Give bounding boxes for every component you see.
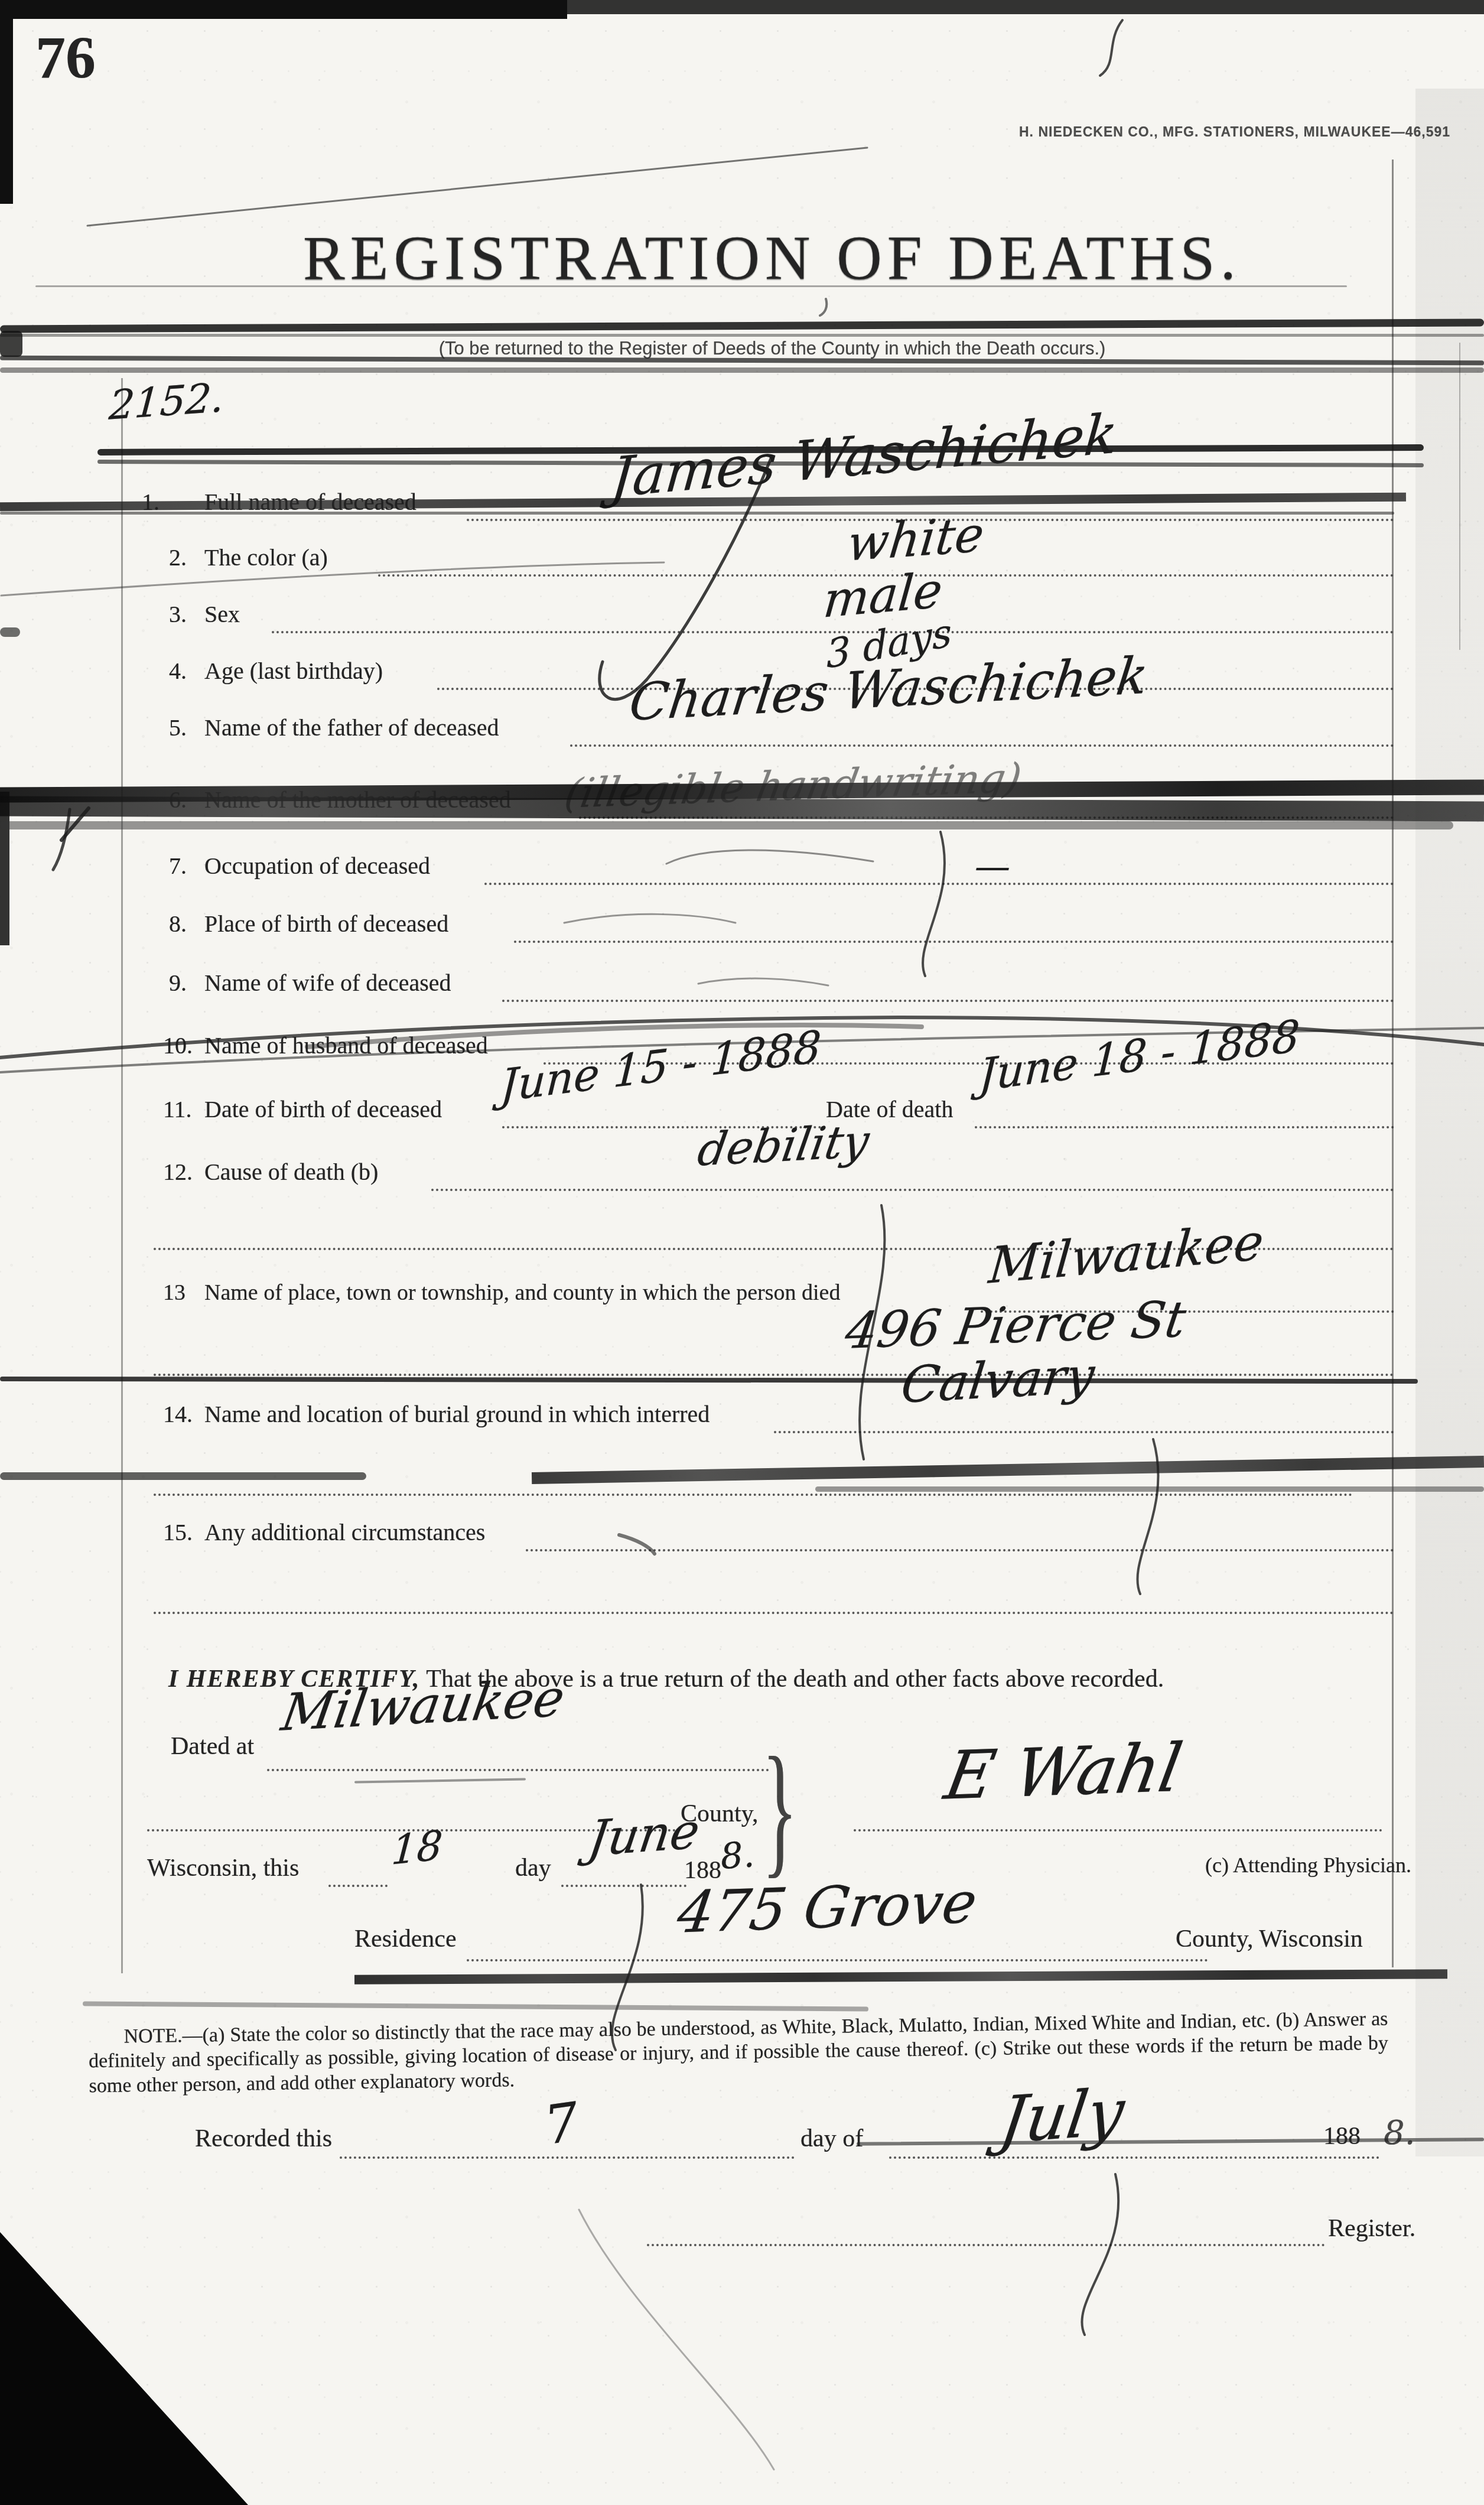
leader-line [561, 1885, 686, 1887]
scan-streak-13 [0, 1377, 1418, 1384]
field-label: Age (last birthday) [204, 657, 383, 685]
field-number: 14. [163, 1400, 193, 1428]
field-label: Occupation of deceased [204, 852, 430, 880]
recorded-middle: day of [800, 2125, 863, 2153]
leader-line [514, 941, 1394, 943]
leader-line [340, 2156, 795, 2159]
field-number: 12. [163, 1158, 193, 1186]
field-number: 9. [169, 969, 187, 997]
physician-signature: E Wahl [939, 1729, 1187, 1815]
attending-physician-label: (c) Attending Physician. [1205, 1853, 1411, 1878]
day-value: 18 [390, 1822, 444, 1875]
leader-line [774, 1431, 1394, 1433]
residence-suffix: County, Wisconsin [1176, 1925, 1363, 1953]
heavy-rule-2b [0, 367, 1484, 373]
field-number: 8. [169, 910, 187, 938]
field-number: 7. [169, 852, 187, 880]
field-label: Date of birth of deceased [204, 1095, 442, 1123]
register-label: Register. [1328, 2214, 1415, 2243]
field-number: 3. [169, 600, 187, 628]
scan-streak-row1b [0, 512, 1394, 515]
field-value: Milwaukee [987, 1212, 1266, 1295]
field-number: 5. [169, 714, 187, 741]
recorded-prefix: Recorded this [195, 2125, 332, 2153]
heavy-rule-1b [0, 334, 1484, 337]
margin-rule-left [121, 378, 123, 1973]
field-number: 4. [169, 657, 187, 685]
leader-line [328, 1885, 388, 1887]
field-number: 13 [163, 1280, 185, 1306]
scan-streak-residence [354, 1969, 1447, 1985]
field-number: 2. [169, 544, 187, 571]
dated-at-label: Dated at [171, 1732, 254, 1761]
recorded-month: July [995, 2075, 1129, 2158]
leader-line [889, 2156, 1379, 2159]
page-number: 76 [35, 24, 96, 93]
residence-label: Residence [354, 1925, 457, 1953]
recorded-year-written: 8. [1384, 2114, 1415, 2152]
record-number: 2152. [108, 375, 226, 430]
field-label: Any additional circumstances [204, 1518, 485, 1546]
leader-line [267, 1769, 769, 1771]
field-value: debility [694, 1114, 873, 1176]
scan-streak-14c [815, 1486, 1484, 1492]
field-value: James Waschichek [608, 402, 1120, 510]
scan-top-bar-left [0, 0, 567, 19]
leader-line [154, 1374, 1394, 1376]
scan-streak-14a [532, 1456, 1484, 1484]
death-registration-form: 76 H. NIEDECKEN CO., MFG. STATIONERS, MI… [0, 0, 1484, 2505]
year-written: 8. [719, 1834, 756, 1878]
field-label: Name of husband of deceased [204, 1032, 488, 1059]
field-label: Name of wife of deceased [204, 969, 451, 997]
leader-line [570, 744, 1394, 747]
scan-streak-row6c [0, 821, 1453, 829]
field-number: 10. [163, 1032, 193, 1059]
footnote: NOTE.—(a) State the color so distinctly … [88, 2007, 1389, 2099]
scan-streak-row6b [0, 796, 1484, 822]
field-label: Place of birth of deceased [204, 910, 448, 938]
form-title: REGISTRATION OF DEATHS. [177, 222, 1367, 294]
state-prefix: Wisconsin, this [147, 1854, 299, 1882]
leader-line [431, 1189, 1394, 1191]
right-edge-smudge [1415, 89, 1484, 2156]
scan-streak-note-top [83, 2001, 868, 2011]
field-label: The color (a) [204, 544, 328, 571]
day-label: day [515, 1854, 551, 1882]
stationer-imprint: H. NIEDECKEN CO., MFG. STATIONERS, MILWA… [1019, 124, 1450, 140]
heavy-rule-1 [0, 319, 1484, 333]
field-label: Name of place, town or township, and cou… [204, 1280, 840, 1306]
county-brace: } [762, 1736, 798, 1883]
field-value: June 15 - 1888 [499, 1021, 822, 1112]
corner-fold [0, 2232, 248, 2505]
field-label: Cause of death (b) [204, 1158, 378, 1186]
field-label: Name of the father of deceased [204, 714, 499, 741]
leader-line [647, 2244, 1325, 2246]
leader-line [154, 1494, 1353, 1496]
leader-line [502, 1000, 1394, 1002]
leader-line [854, 1829, 1382, 1831]
field-value-2: June 18 - 1888 [978, 1010, 1301, 1101]
field-label: Name and location of burial ground in wh… [204, 1400, 710, 1428]
leader-line [975, 1126, 1394, 1128]
recorded-day: 7 [541, 2091, 582, 2157]
scan-left-nub2 [0, 627, 20, 637]
residence-value: 475 Grove [673, 1869, 981, 1946]
scan-streak-14b [0, 1472, 366, 1480]
field-value: — [975, 846, 1010, 887]
dated-stray-mark [354, 1778, 526, 1783]
recorded-year-printed: 188 [1323, 2122, 1361, 2151]
leader-line [154, 1612, 1394, 1614]
field-value-2: 496 Pierce St [842, 1290, 1190, 1360]
field-number: 15. [163, 1518, 193, 1546]
scan-left-edge [0, 0, 13, 204]
field-label: Sex [204, 600, 240, 628]
field-value: white [845, 506, 987, 572]
field-number: 11. [163, 1095, 192, 1123]
form-subtitle: (To be returned to the Register of Deeds… [177, 338, 1367, 359]
leader-line [484, 883, 1394, 885]
leader-line [467, 1959, 1208, 1961]
leader-line [526, 1549, 1394, 1551]
